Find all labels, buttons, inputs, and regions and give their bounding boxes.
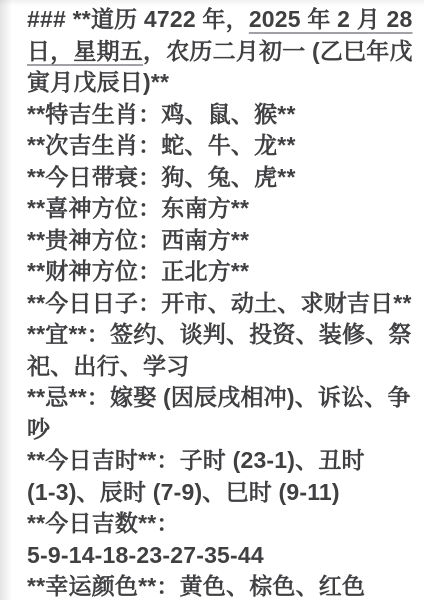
lucky-numbers-label-line: **今日吉数**： xyxy=(27,508,412,540)
almanac-note: ### **道历 4722 年，2025 年 2 月 28 日，星期五，农历二月… xyxy=(0,0,424,600)
suitable-activities-line-1: **宜**：签约、谈判、投资、装修、祭 xyxy=(27,319,412,351)
detected-date-link-part1[interactable]: 2025 年 2 月 28 xyxy=(249,6,413,32)
photo-edge-shading-left xyxy=(0,0,12,600)
wealth-god-direction-line: **财神方位：正北方** xyxy=(27,256,412,288)
detected-date-link-part2[interactable]: 日，星期五 xyxy=(27,38,143,64)
unlucky-zodiac-line: **今日带衰：狗、兔、虎** xyxy=(27,162,412,194)
secondary-lucky-zodiac-line: **次吉生肖：蛇、牛、龙** xyxy=(27,130,412,162)
heading-text-post: ，农历二月初一 (乙巳年戊 xyxy=(143,38,413,64)
heading-line-3: 寅月戊辰日)** xyxy=(27,67,412,99)
heading-line-2: 日，星期五，农历二月初一 (乙巳年戊 xyxy=(27,36,412,68)
lucky-hours-line-2: (1-3)、辰时 (7-9)、巳时 (9-11) xyxy=(27,477,412,509)
noble-god-direction-line: **贵神方位：西南方** xyxy=(27,225,412,257)
day-type-line: **今日日子：开市、动土、求财吉日** xyxy=(27,288,412,320)
heading-line-1: ### **道历 4722 年，2025 年 2 月 28 xyxy=(27,4,412,36)
avoid-activities-line-2: 吵 xyxy=(27,414,412,446)
avoid-activities-line-1: **忌**：嫁娶 (因辰戌相冲)、诉讼、争 xyxy=(27,382,412,414)
lucky-hours-line-1: **今日吉时**：子时 (23-1)、丑时 xyxy=(27,445,412,477)
lucky-numbers-line: 5-9-14-18-23-27-35-44 xyxy=(27,540,412,572)
lucky-colors-line: **幸运颜色**：黄色、棕色、红色 xyxy=(27,571,412,600)
suitable-activities-line-2: 祀、出行、学习 xyxy=(27,351,412,383)
lucky-zodiac-line: **特吉生肖：鸡、鼠、猴** xyxy=(27,99,412,131)
joy-god-direction-line: **喜神方位：东南方** xyxy=(27,193,412,225)
heading-text-pre: ### **道历 4722 年， xyxy=(27,6,249,32)
